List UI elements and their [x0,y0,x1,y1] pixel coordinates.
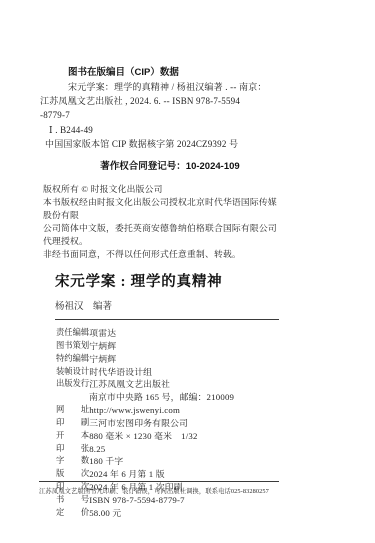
colophon-value: 宁炳辉 [89,353,116,366]
colophon-value: 2024 年 6 月第 1 版 [89,468,165,481]
colophon-row-website: 网 址 http://www.jswenyi.com [56,404,285,417]
colophon-row-sheets: 印 张 8.25 [56,443,285,456]
cip-line-title: 宋元学案：理学的真精神 / 杨祖汉编著 . -- 南京： [68,80,285,94]
colophon-label: 定 价 [56,507,89,520]
colophon-value: 项雷达 [89,327,116,340]
colophon-row-publisher: 出版发行 江苏凤凰文艺出版社 [56,378,285,391]
colophon-label: 特约编辑 [56,353,89,366]
footer-exchange-notice: 江苏凤凰文艺版图书凡印刷、装订错误，可向出版社调换，联系电话025-832802… [39,486,279,495]
colophon-value: http://www.jswenyi.com [89,404,180,417]
rights-notice-line: 本书版权经由时报文化出版公司授权北京时代华语国际传媒股份有限 [43,196,285,222]
colophon-label: 版 次 [56,468,89,481]
footer-block: 江苏凤凰文艺版图书凡印刷、装订错误，可向出版社调换，联系电话025-832802… [39,481,279,495]
colophon-value: 宁炳辉 [89,340,116,353]
colophon-value: ISBN 978-7-5594-8779-7 [89,494,185,507]
colophon-row-address: 南京市中央路 165 号，邮编：210009 [56,391,285,404]
rights-notice-block: 版权所有 © 时报文化出版公司 本书版权经由时报文化出版公司授权北京时代华语国际… [43,183,285,261]
cip-line-publisher-isbn: 江苏凤凰文艺出版社 , 2024. 6. -- ISBN 978-7-5594 [40,94,285,108]
book-copyright-page: 图书在版编目（CIP）数据 宋元学案：理学的真精神 / 杨祖汉编著 . -- 南… [0,0,375,543]
book-title: 宋元学案 : 理学的真精神 [55,274,279,291]
colophon-value: 三河市宏图印务有限公司 [89,417,188,430]
cip-block: 图书在版编目（CIP）数据 宋元学案：理学的真精神 / 杨祖汉编著 . -- 南… [40,66,285,151]
colophon-row-editor: 责任编辑 项雷达 [56,327,285,340]
colophon-value: 58.00 元 [89,507,121,520]
colophon-row-planning: 图书策划 宁炳辉 [56,340,285,353]
cip-header: 图书在版编目（CIP）数据 [68,66,285,80]
colophon-value: 南京市中央路 165 号，邮编：210009 [89,391,234,404]
colophon-label: 书 号 [56,494,89,507]
title-divider-rule [55,319,279,320]
footer-divider-rule [39,481,279,482]
rights-notice-line: 公司简体中文版，委托英商安德鲁纳伯格联合国际有限公司代理授权。 [43,222,285,248]
colophon-row-isbn: 书 号 ISBN 978-7-5594-8779-7 [56,494,285,507]
page-content: 图书在版编目（CIP）数据 宋元学案：理学的真精神 / 杨祖汉编著 . -- 南… [40,66,285,520]
book-author: 杨祖汉 编著 [55,298,279,312]
colophon-row-wordcount: 字 数 180 千字 [56,455,285,468]
colophon-row-printer: 印 刷 三河市宏图印务有限公司 [56,417,285,430]
colophon-label: 字 数 [56,455,89,468]
colophon-label: 责任编辑 [56,327,89,340]
cip-line-classification: Ⅰ . B244-49 [49,123,285,137]
copyright-registration-number: 著作权合同登记号：10-2024-109 [55,160,285,173]
colophon-label: 网 址 [56,404,89,417]
colophon-row-contributing-editor: 特约编辑 宁炳辉 [56,353,285,366]
colophon-row-format: 开 本 880 毫米 × 1230 毫米 1/32 [56,430,285,443]
rights-notice-line: 非经书面同意，不得以任何形式任意重制、转载。 [43,248,285,261]
colophon-row-design: 装帧设计 时代华语设计组 [56,366,285,379]
colophon-value: 8.25 [89,443,105,456]
title-block: 宋元学案 : 理学的真精神 杨祖汉 编著 [55,274,279,320]
cip-line-record-number: 中国国家版本馆 CIP 数据核字第 2024CZ9392 号 [45,137,285,151]
colophon-value: 时代华语设计组 [89,366,152,379]
cip-line-isbn-continued: -8779-7 [40,108,285,122]
colophon-value: 880 毫米 × 1230 毫米 1/32 [89,430,197,443]
colophon-row-edition: 版 次 2024 年 6 月第 1 版 [56,468,285,481]
colophon-label: 开 本 [56,430,89,443]
colophon-value: 江苏凤凰文艺出版社 [89,378,170,391]
colophon-label: 装帧设计 [56,366,89,379]
colophon-label: 图书策划 [56,340,89,353]
rights-notice-line: 版权所有 © 时报文化出版公司 [43,183,285,196]
colophon-row-price: 定 价 58.00 元 [56,507,285,520]
colophon-label: 印 刷 [56,417,89,430]
colophon-label: 出版发行 [56,378,89,391]
colophon-label [56,391,89,404]
colophon-value: 180 千字 [89,455,123,468]
colophon-label: 印 张 [56,443,89,456]
